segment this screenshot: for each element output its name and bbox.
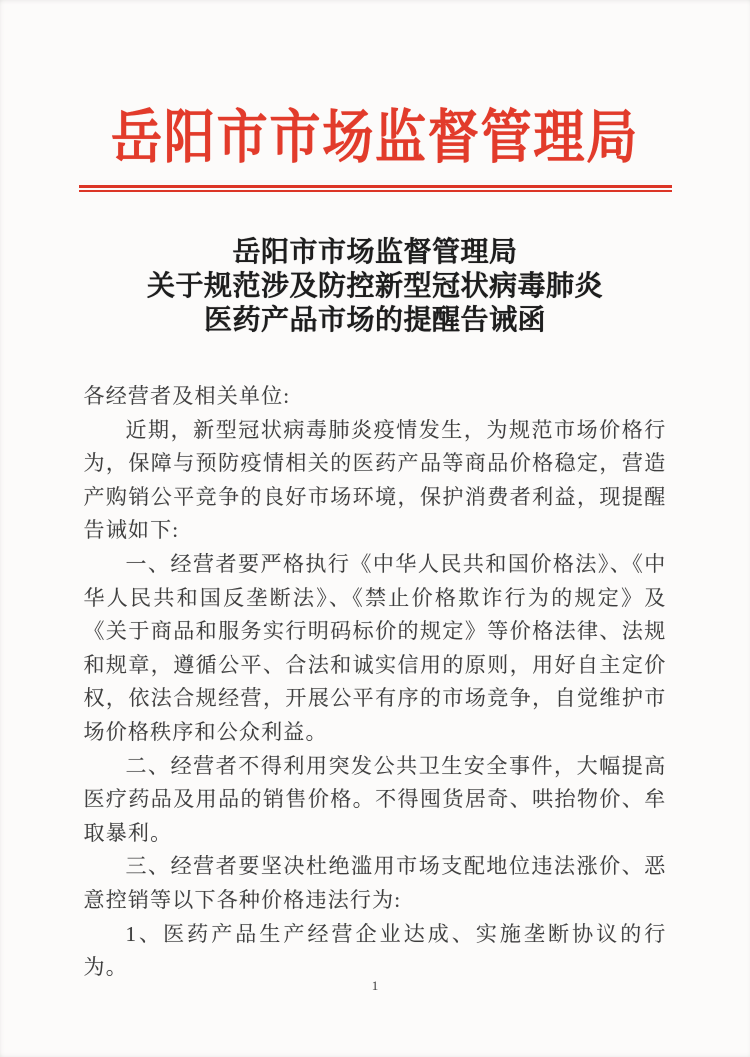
body-paragraph-item-2: 二、经营者不得利用突发公共卫生安全事件，大幅提高医疗药品及用品的销售价格。不得囤…	[84, 750, 667, 851]
body-paragraph-intro: 近期，新型冠状病毒肺炎疫情发生，为规范市场价格行为，保障与预防疫情相关的医药产品…	[84, 414, 667, 548]
document-body: 各经营者及相关单位: 近期，新型冠状病毒肺炎疫情发生，为规范市场价格行为，保障与…	[84, 380, 667, 985]
document-title: 岳阳市市场监督管理局 关于规范涉及防控新型冠状病毒肺炎 医药产品市场的提醒告诫函	[0, 236, 750, 338]
body-paragraph-item-1: 一、经营者要严格执行《中华人民共和国价格法》、《中华人民共和国反垄断法》、《禁止…	[84, 548, 667, 750]
document-page: 岳阳市市场监督管理局 岳阳市市场监督管理局 关于规范涉及防控新型冠状病毒肺炎 医…	[0, 0, 750, 1057]
letterhead-agency-name: 岳阳市市场监督管理局	[111, 104, 639, 172]
document-title-line-1: 岳阳市市场监督管理局	[0, 236, 750, 270]
letterhead: 岳阳市市场监督管理局	[0, 0, 750, 192]
body-paragraph-item-3: 三、经营者要坚决杜绝滥用市场支配地位违法涨价、恶意控销等以下各种价格违法行为:	[84, 850, 667, 917]
letterhead-divider-line	[79, 185, 672, 192]
document-title-line-3: 医药产品市场的提醒告诫函	[0, 304, 750, 338]
page-number: 1	[0, 978, 750, 994]
body-paragraph-subitem-1: 1、医药产品生产经营企业达成、实施垄断协议的行为。	[84, 918, 667, 985]
salutation: 各经营者及相关单位:	[84, 380, 667, 414]
document-title-line-2: 关于规范涉及防控新型冠状病毒肺炎	[0, 270, 750, 304]
